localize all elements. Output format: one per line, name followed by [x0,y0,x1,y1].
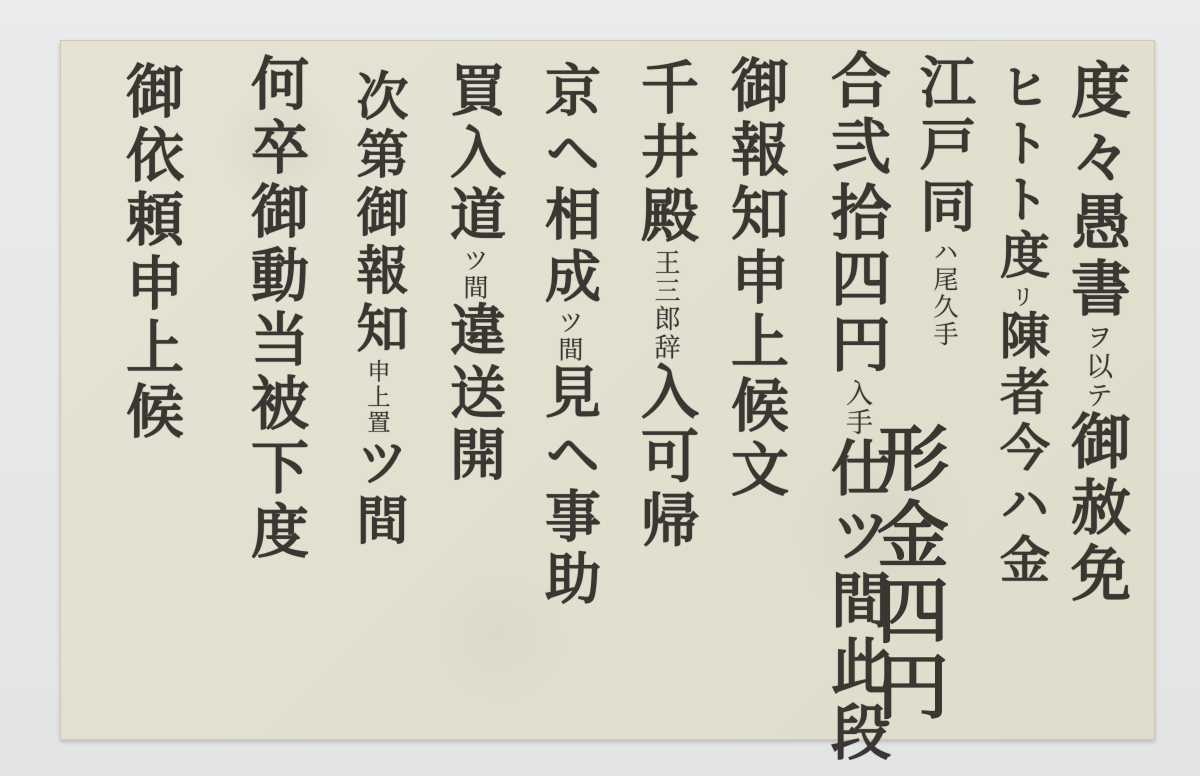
column-main-text: 度々愚書 [1061,59,1131,323]
column-rest-text: 見ヘ事助 [536,363,602,611]
column-main-text: 合弐拾四円 [821,49,891,379]
column-small-text: 入手 [841,379,872,437]
text-column-5: 御報知申上候文 [726,55,784,503]
column-rest-text: 仕ツ間此段 [821,437,891,767]
text-column-3: 江戸同ハ尾久手 [916,53,972,348]
text-column-7: 京ヘ相成ツ間見ヘ事助 [541,61,597,611]
column-rest-text: 陳者今ハ金 [992,310,1051,590]
text-column-2: ヒトト度リ陳者今ハ金 [996,61,1046,590]
column-main-text: 江戸同 [911,53,977,239]
text-column-6: 千井殿王三郎辞入可帰 [636,57,694,553]
column-small-text: ヲ以テ [1081,323,1112,410]
text-column-4: 合弐拾四円入手仕ツ間此段 [826,49,886,767]
column-rest-text: 文 [721,439,789,503]
postcard: 度々愚書ヲ以テ御赦免 ヒトト度リ陳者今ハ金 江戸同ハ尾久手 形金四円 合弐拾四円… [60,40,1155,740]
text-column-1: 度々愚書ヲ以テ御赦免 [1066,59,1126,608]
column-main-text: ヒトト度 [992,61,1051,285]
column-rest-text: 違送開 [441,301,507,487]
text-column-9: 次第御報知申上置ツ間 [351,69,403,551]
text-column-11: 御依頼申上候 [121,61,179,445]
column-small-text: ツ間 [460,247,489,301]
column-rest-text: ツ間 [347,435,408,551]
column-small-text: リ [1008,285,1034,310]
column-rest-text: 被下度 [241,373,309,565]
column-main-text: 千井殿 [631,57,699,249]
column-main-text: 次第御報知 [347,69,408,359]
text-column-8: 買入道ツ間違送開 [446,61,502,487]
column-small-text: ツ間 [555,309,584,363]
text-column-10: 何卒御動当被下度 [246,53,304,565]
column-small-text: 申上置 [363,359,391,435]
column-rest-text: 入可帰 [631,361,699,553]
column-small-text: ハ尾久手 [930,239,959,348]
column-main-text: 京ヘ相成 [536,61,602,309]
column-main-text: 買入道 [441,61,507,247]
column-main-text: 御報知申上候 [721,55,789,439]
column-small-text: 王三郎辞 [650,249,680,361]
column-main-text: 御依頼申 [116,61,184,317]
column-main-text: 何卒御動当 [241,53,309,373]
column-rest-text: 上候 [116,317,184,445]
column-rest-text: 御赦免 [1061,410,1131,608]
